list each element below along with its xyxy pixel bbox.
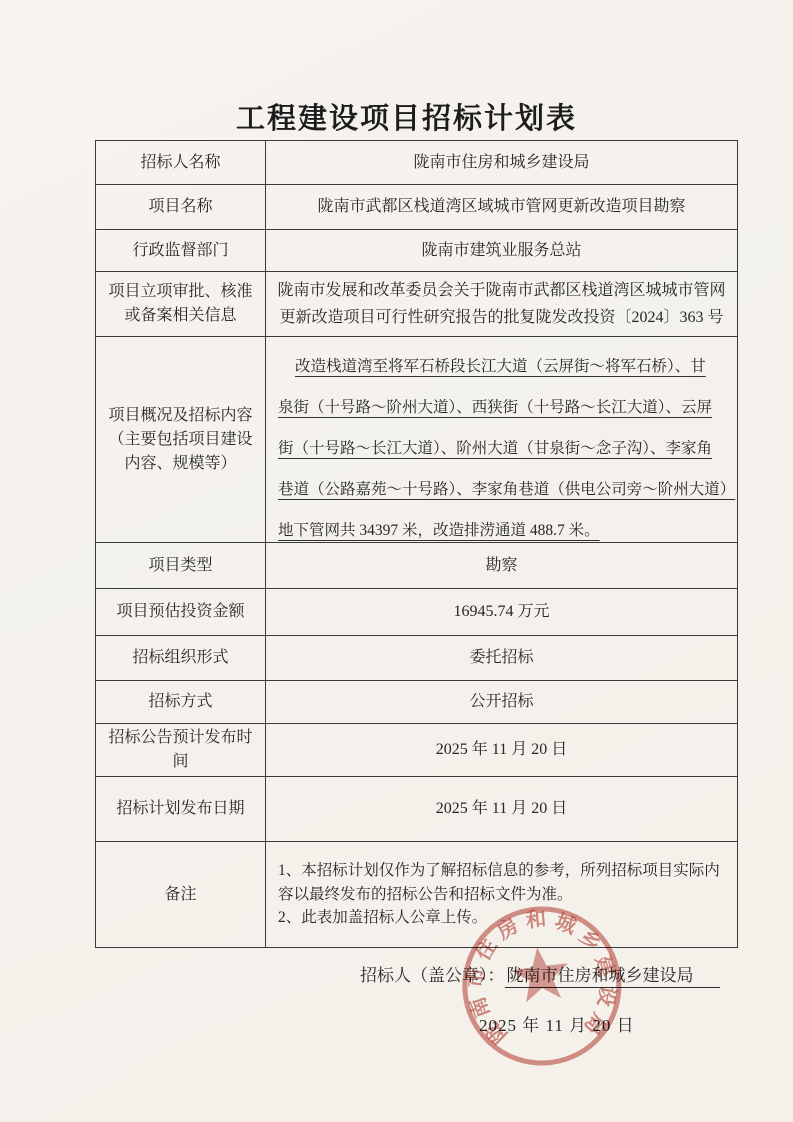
signer-name: 陇南市住房和城乡建设局 — [505, 966, 720, 988]
row-value-estimated-investment: 16945.74 万元 — [266, 589, 737, 635]
row-label-bidder-name: 招标人名称 — [96, 141, 266, 184]
bidding-plan-table: 招标人名称 陇南市住房和城乡建设局 项目名称 陇南市武都区栈道湾区域城市管网更新… — [95, 140, 738, 948]
row-value-remarks: 1、本招标计划仅作为了解招标信息的参考，所列招标项目实际内 容以最终发布的招标公… — [266, 842, 737, 947]
table-row-project-type: 项目类型 勘察 — [96, 542, 737, 588]
table-row-project-overview: 项目概况及招标内容 （主要包括项目建设 内容、规模等） 改造栈道湾至将军石桥段长… — [96, 336, 737, 542]
row-value-announcement-time: 2025 年 11 月 20 日 — [266, 724, 737, 776]
row-label-announcement-time: 招标公告预计发布时 间 — [96, 724, 266, 776]
row-label-project-name: 项目名称 — [96, 185, 266, 229]
row-value-plan-release-date: 2025 年 11 月 20 日 — [266, 777, 737, 841]
row-value-bidder-name: 陇南市住房和城乡建设局 — [266, 141, 737, 184]
table-row-project-name: 项目名称 陇南市武都区栈道湾区域城市管网更新改造项目勘察 — [96, 184, 737, 229]
row-value-bidding-method: 公开招标 — [266, 681, 737, 723]
signature-date: 2025 年 11 月 20 日 — [479, 1011, 635, 1036]
signer-label: 招标人（盖公章）： — [360, 966, 505, 985]
table-row-organization-form: 招标组织形式 委托招标 — [96, 635, 737, 680]
table-row-supervising-department: 行政监督部门 陇南市建筑业服务总站 — [96, 229, 737, 271]
table-row-remarks: 备注 1、本招标计划仅作为了解招标信息的参考，所列招标项目实际内 容以最终发布的… — [96, 841, 737, 947]
row-value-organization-form: 委托招标 — [266, 636, 737, 680]
signature-line: 招标人（盖公章）：陇南市住房和城乡建设局 — [360, 963, 720, 988]
row-value-project-overview: 改造栈道湾至将军石桥段长江大道（云屏街～将军石桥）、甘 泉街（十号路～阶州大道）… — [266, 337, 745, 542]
table-row-bidding-method: 招标方式 公开招标 — [96, 680, 737, 723]
row-label-approval-info: 项目立项审批、核准 或备案相关信息 — [96, 272, 266, 336]
table-row-approval-info: 项目立项审批、核准 或备案相关信息 陇南市发展和改革委员会关于陇南市武都区栈道湾… — [96, 271, 737, 336]
row-label-plan-release-date: 招标计划发布日期 — [96, 777, 266, 841]
row-label-organization-form: 招标组织形式 — [96, 636, 266, 680]
page-title: 工程建设项目招标计划表 — [20, 96, 793, 137]
row-value-approval-info: 陇南市发展和改革委员会关于陇南市武都区栈道湾区城城市管网 更新改造项目可行性研究… — [266, 272, 737, 336]
row-label-bidding-method: 招标方式 — [96, 681, 266, 723]
table-row-announcement-time: 招标公告预计发布时 间 2025 年 11 月 20 日 — [96, 723, 737, 776]
scanned-document-page: 工程建设项目招标计划表 招标人名称 陇南市住房和城乡建设局 项目名称 陇南市武都… — [0, 0, 793, 1122]
row-label-remarks: 备注 — [96, 842, 266, 947]
row-label-project-type: 项目类型 — [96, 543, 266, 588]
row-value-project-name: 陇南市武都区栈道湾区域城市管网更新改造项目勘察 — [266, 185, 737, 229]
table-row-plan-release-date: 招标计划发布日期 2025 年 11 月 20 日 — [96, 776, 737, 841]
row-label-supervising-department: 行政监督部门 — [96, 230, 266, 271]
table-row-bidder-name: 招标人名称 陇南市住房和城乡建设局 — [96, 141, 737, 184]
row-value-project-type: 勘察 — [266, 543, 737, 588]
row-value-supervising-department: 陇南市建筑业服务总站 — [266, 230, 737, 271]
table-row-estimated-investment: 项目预估投资金额 16945.74 万元 — [96, 588, 737, 635]
row-label-estimated-investment: 项目预估投资金额 — [96, 589, 266, 635]
row-label-project-overview: 项目概况及招标内容 （主要包括项目建设 内容、规模等） — [96, 337, 266, 542]
